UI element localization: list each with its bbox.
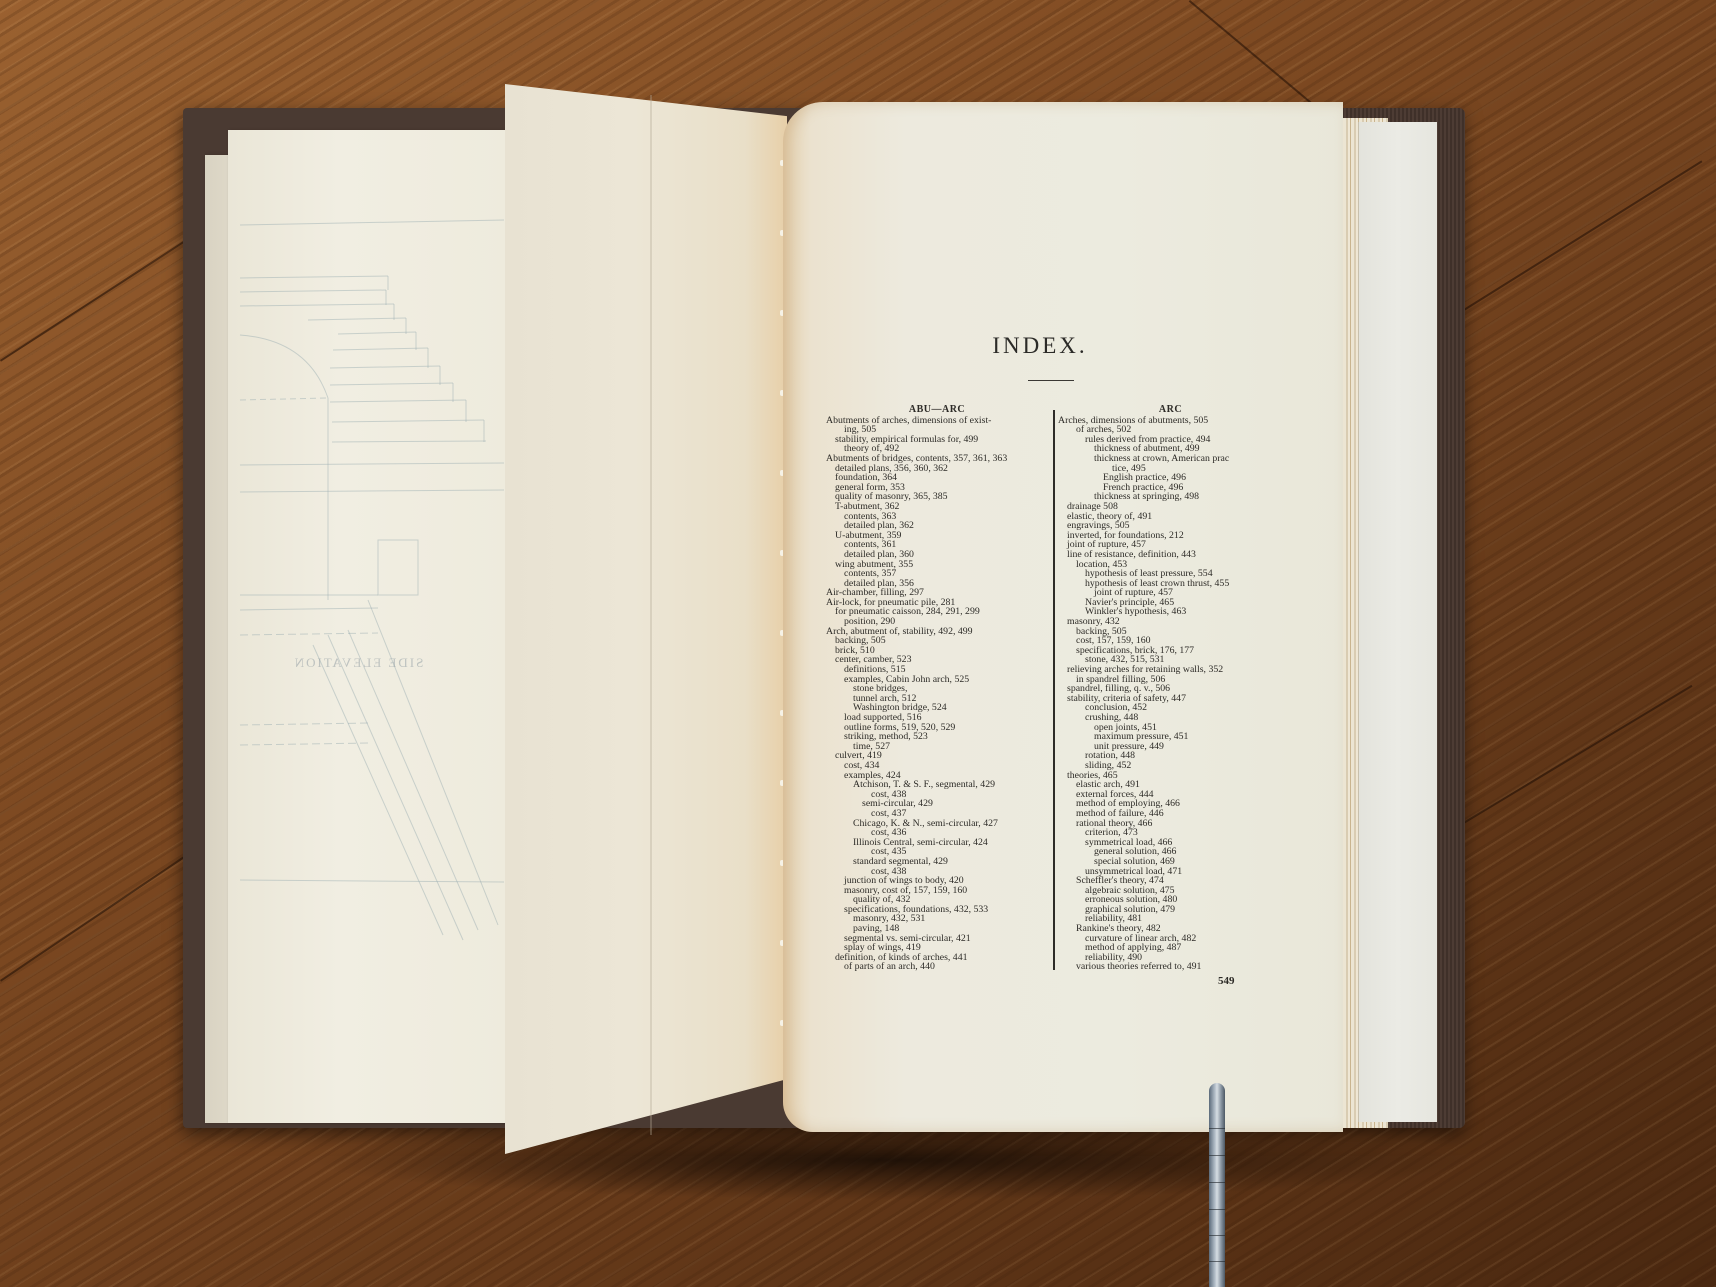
back-endpaper <box>1358 122 1437 1122</box>
fold-out-plate[interactable]: SIDE ELEVATION <box>228 130 508 1123</box>
index-entry: standard segmental, 429 <box>826 857 1048 867</box>
floor-seam <box>1189 0 1313 104</box>
column-heading: ABU—ARC <box>826 405 1048 415</box>
plate-show-through-drawing <box>228 130 508 1123</box>
index-entries: Abutments of arches, dimensions of exist… <box>826 416 1048 972</box>
floor-seam <box>0 846 200 982</box>
folded-sheet[interactable] <box>505 84 787 1154</box>
fold-crease <box>650 95 652 1135</box>
index-entry: of parts of an arch, 440 <box>826 962 1048 972</box>
column-heading: ARC <box>1058 405 1283 415</box>
page-number: 549 <box>1218 975 1235 987</box>
index-column-right: ARC Arches, dimensions of abutments, 505… <box>1058 405 1283 972</box>
index-entry: crushing, 448 <box>1058 713 1283 723</box>
index-entry: cost, 438 <box>826 790 1048 800</box>
floor-seam <box>1430 160 1702 331</box>
page-title: INDEX. <box>960 333 1120 359</box>
title-rule <box>1028 380 1074 381</box>
index-entry: Chicago, K. & N., semi-circular, 427 <box>826 819 1048 829</box>
book-shadow <box>300 1120 1480 1200</box>
column-divider <box>1053 410 1055 970</box>
index-entry: maximum pressure, 451 <box>1058 732 1283 742</box>
index-entry: semi-circular, 429 <box>826 799 1048 809</box>
index-entries: Arches, dimensions of abutments, 505of a… <box>1058 416 1283 972</box>
index-column-left: ABU—ARC Abutments of arches, dimensions … <box>826 405 1048 972</box>
pen <box>1209 1083 1225 1287</box>
index-entry: Atchison, T. & S. F., segmental, 429 <box>826 780 1048 790</box>
index-entry: thickness at crown, American prac <box>1058 454 1283 464</box>
index-entry: Illinois Central, semi-circular, 424 <box>826 838 1048 848</box>
index-entry: various theories referred to, 491 <box>1058 962 1283 972</box>
mirrored-plate-caption: SIDE ELEVATION <box>278 655 438 671</box>
